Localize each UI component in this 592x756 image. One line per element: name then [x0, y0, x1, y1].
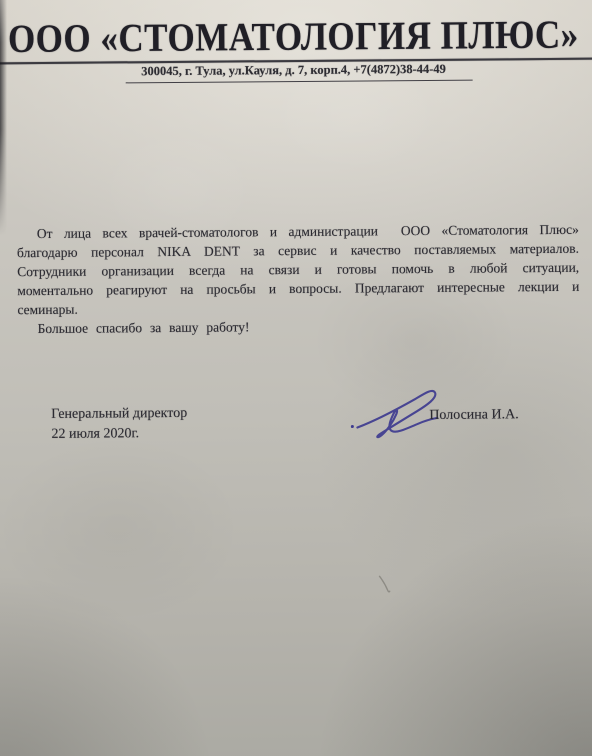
scanned-letter-photo: ООО «СТОМАТОЛОГИЯ ПЛЮС» 300045, г. Тула,…: [0, 0, 592, 756]
signature-stroke: [357, 391, 437, 437]
signature-block: Генеральный директор 22 июля 2020г.: [51, 404, 187, 444]
signatory-name: Полосина И.А.: [429, 407, 519, 424]
letter-date: 22 июля 2020г.: [51, 423, 187, 444]
letter-paragraph: От лица всех врачей-стоматологов и админ…: [17, 220, 580, 319]
signature-ink-dot: [351, 425, 354, 428]
letter-closing-line: Большое спасибо за вашу работу!: [18, 315, 580, 338]
letter-sheet: ООО «СТОМАТОЛОГИЯ ПЛЮС» 300045, г. Тула,…: [0, 0, 592, 756]
pen-scratch-mark: [376, 572, 396, 596]
company-name: ООО «СТОМАТОЛОГИЯ ПЛЮС»: [0, 12, 589, 62]
letter-body: От лица всех врачей-стоматологов и админ…: [17, 220, 580, 338]
photo-edge-shadow: [0, 0, 7, 235]
letterhead-address: 300045, г. Тула, ул.Кауля, д. 7, корп.4,…: [0, 61, 590, 81]
letterhead-address-underline: [126, 79, 473, 84]
signatory-title: Генеральный директор: [51, 404, 187, 425]
